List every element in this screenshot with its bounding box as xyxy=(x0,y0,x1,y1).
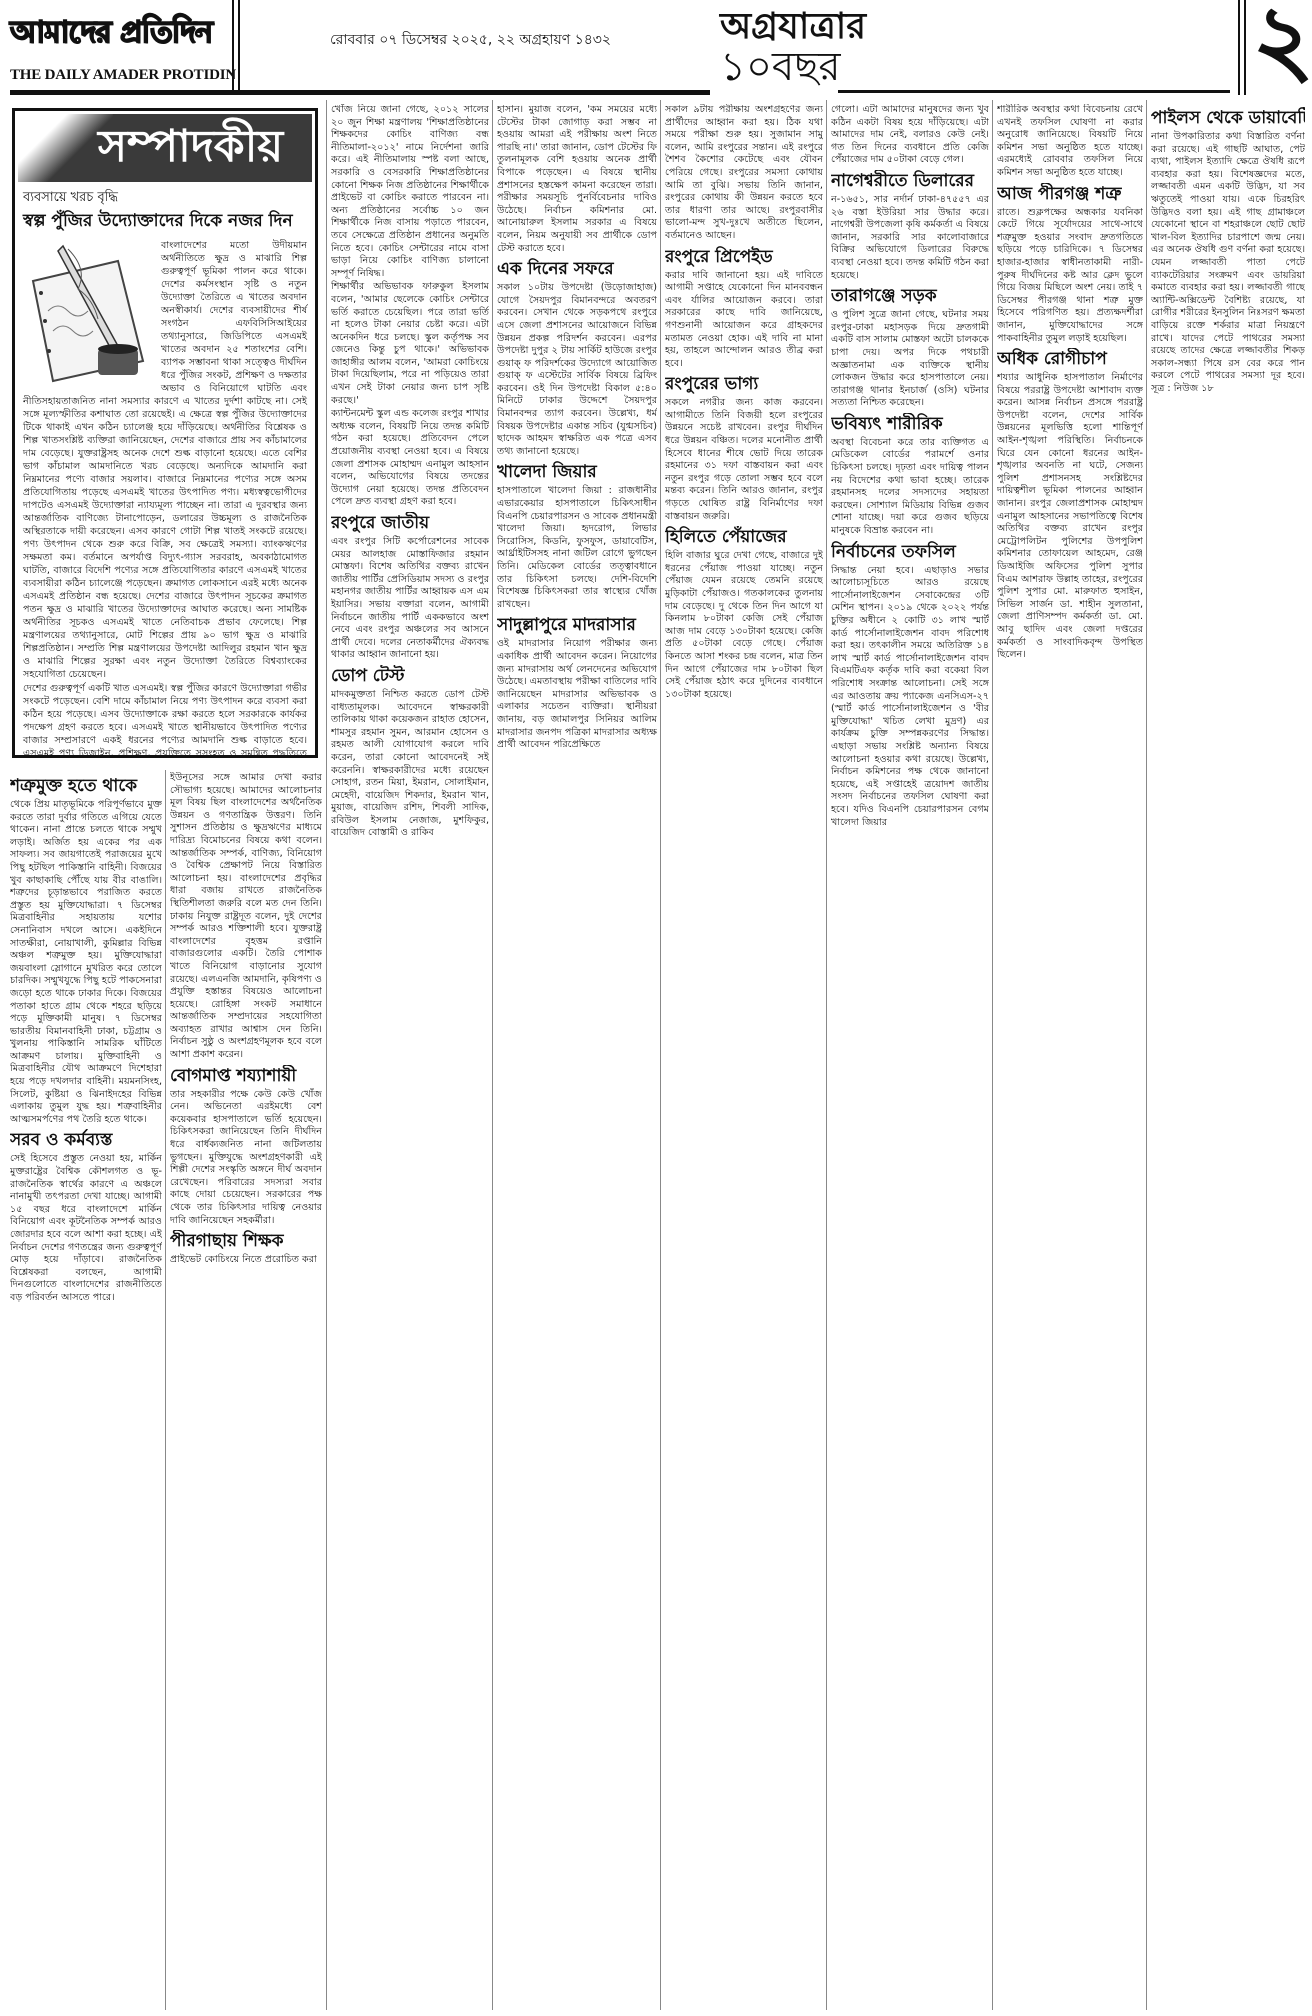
article-body: নানা উপকারিতার কথা বিস্তারিত বর্ণনা করা … xyxy=(1151,131,1305,395)
editorial-body: বাংলাদেশের মতো উদীয়মান অর্থনীতিতে ক্ষুদ… xyxy=(23,239,307,758)
article-body: মাদকমুক্ততা নিশ্চিত করতে ডোপ টেস্ট বাধ্য… xyxy=(331,689,489,840)
article-body: খোঁজ নিয়ে জানা গেছে, ২০১২ সালের ২০ জুন … xyxy=(331,104,489,280)
section-heading: আজ পীরগঞ্জ শত্রু xyxy=(997,183,1143,205)
anniversary-line-2: ১০বছর xyxy=(720,46,866,88)
section-heading: অধিক রোগীচাপ xyxy=(997,348,1143,370)
masthead: আমাদের প্রতিদিন THE DAILY AMADER PROTIDI… xyxy=(0,0,1312,98)
column-rule xyxy=(1146,100,1147,2010)
section-heading: তারাগঞ্জে সড়ক xyxy=(831,285,989,307)
masthead-rule xyxy=(10,90,710,95)
section-heading: সাদুল্লাপুরে মাদরাসার xyxy=(497,614,657,636)
article-column-1: শত্রুমুক্ত হতে থাকে থেকে প্রিয় মাতৃভূমি… xyxy=(10,772,162,2012)
section-heading: ডোপ টেস্ট xyxy=(331,665,489,687)
section-heading: নির্বাচনের তফসিল xyxy=(831,541,989,563)
article-column-4: হাসান। মুয়াজ বলেন, 'কম সময়ের মধ্যে টেস… xyxy=(497,104,657,2012)
section-heading: নাগেশ্বরীতে ডিলারের xyxy=(831,170,989,192)
quill-inkpot-icon xyxy=(23,241,153,391)
column-rule xyxy=(326,100,327,2010)
article-body: সকলে নগরীর জন্য কাজ করবেন। আগামীতে তিনি … xyxy=(665,397,823,523)
masthead-rule xyxy=(838,90,1230,93)
dateline: রোববার ০৭ ডিসেম্বর ২০২৫, ২২ অগ্রহায়ণ ১৪… xyxy=(330,28,611,52)
section-heading: বোগমাপ্ত শয্যাশায়ী xyxy=(170,1065,322,1087)
logo-bangla: আমাদের প্রতিদিন xyxy=(10,8,225,59)
article-body: ওই মাদরাসার নিয়োগ পরীক্ষার জন্য একাধিক … xyxy=(497,638,657,751)
section-heading: এক দিনের সফরে xyxy=(497,258,657,280)
article-body: শিক্ষার্থীর অভিভাবক ফারুকুল ইসলাম বলেন, … xyxy=(331,281,489,407)
section-heading: সরব ও কর্মব্যস্ত xyxy=(10,1129,162,1151)
article-body: সকাল ১০টায় উপদেষ্টা (উড়োজাহাজ) যোগে সৈ… xyxy=(497,282,657,458)
anniversary-line-1: অগ্রযাত্রার xyxy=(720,8,866,46)
article-body: সিদ্ধান্ত নেয়া হবে। এছাড়াও সভার আলোচ্য… xyxy=(831,565,989,829)
section-heading: ভবিষ্যৎ শারীরিক xyxy=(831,413,989,435)
section-heading: রংপুরে প্রিপেইড xyxy=(665,246,823,268)
article-column-8: পাইলস থেকে ডায়াবেটিস নানা উপকারিতার কথা… xyxy=(1151,104,1305,2012)
article-body: শয্যার আধুনিক হাসপাতাল নির্মাণের বিষয়ে … xyxy=(997,372,1143,662)
editorial-box: সম্পাদকীয় ব্যবসায়ে খরচ বৃদ্ধি স্বল্প প… xyxy=(12,108,318,758)
article-column-5: সকাল ৯টায় পরীক্ষায় অংশগ্রহণের জন্য প্র… xyxy=(665,104,823,2012)
article-body: ও পুলিশ সুত্রে জানা গেছে, ঘটনার সময় রংপ… xyxy=(831,309,989,410)
masthead-divider xyxy=(1244,0,1246,95)
article-body: সকাল ৯টায় পরীক্ষায় অংশগ্রহণের জন্য প্র… xyxy=(665,104,823,243)
masthead-divider xyxy=(1238,0,1240,95)
article-body: করার দাবি জানানো হয়। এই দাবিতে আগামী সপ… xyxy=(665,270,823,371)
editorial-banner: সম্পাদকীয় xyxy=(18,114,312,182)
editorial-title: সম্পাদকীয় xyxy=(98,116,283,178)
section-heading: রংপুরে জাতীয় xyxy=(331,512,489,534)
article-body: হিলি বাজার ঘুরে দেখা গেছে, বাজারে দুই ধর… xyxy=(665,550,823,701)
article-body: সেই হিসেবে প্রস্তুত নেওয়া হয়, মার্কিন … xyxy=(10,1153,162,1304)
article-body: থেকে প্রিয় মাতৃভূমিকে পরিপূর্ণভাবে মুক্… xyxy=(10,799,162,1126)
masthead-divider xyxy=(238,0,240,95)
column-rule xyxy=(492,100,493,2010)
section-heading: পাইলস থেকে ডায়াবেটিস xyxy=(1151,107,1305,129)
section-heading: রংপুরের ভাগ্য xyxy=(665,373,823,395)
article-column-3: খোঁজ নিয়ে জানা গেছে, ২০১২ সালের ২০ জুন … xyxy=(331,104,489,2012)
column-rule xyxy=(992,100,993,2010)
article-body: রাতে। শুক্লপক্ষের অন্ধকার যবনিকা কেটে গি… xyxy=(997,207,1143,346)
column-rule xyxy=(660,100,661,2010)
article-column-7: শারীরিক অবস্থার কথা বিবেচনায় রেখে এখনই … xyxy=(997,104,1143,2012)
article-body: গেলো। এটা আমাদের মানুষদের জন্য খুব কঠিন … xyxy=(831,104,989,167)
masthead-divider xyxy=(232,0,234,95)
article-body: ইউনূসের সঙ্গে আমার দেখা করার সৌভাগ্য হয়… xyxy=(170,772,322,1062)
section-heading: খালেদা জিয়ার xyxy=(497,461,657,483)
anniversary-banner: অগ্রযাত্রার ১০বছর xyxy=(720,8,866,88)
page-number: ২ xyxy=(1252,0,1312,88)
section-heading: পীরগাছায় শিক্ষক xyxy=(170,1230,322,1252)
logo-english: THE DAILY AMADER PROTIDIN xyxy=(10,67,225,84)
newspaper-logo: আমাদের প্রতিদিন THE DAILY AMADER PROTIDI… xyxy=(10,8,225,84)
article-body: হাসপাতালে খালেদা জিয়া : রাজধানীর এভারকে… xyxy=(497,485,657,611)
article-body: ক্যান্টনমেন্ট স্কুল এন্ড কলেজ রংপুর শাখা… xyxy=(331,408,489,509)
article-body: হাসান। মুয়াজ বলেন, 'কম সময়ের মধ্যে টেস… xyxy=(497,104,657,255)
section-heading: শত্রুমুক্ত হতে থাকে xyxy=(10,775,162,797)
article-column-6: গেলো। এটা আমাদের মানুষদের জন্য খুব কঠিন … xyxy=(831,104,989,2012)
column-rule xyxy=(826,100,827,2010)
article-column-2: ইউনূসের সঙ্গে আমার দেখা করার সৌভাগ্য হয়… xyxy=(170,772,322,2012)
article-body: এবং রংপুর সিটি কর্পোরেশনের সাবেক মেয়র আ… xyxy=(331,536,489,662)
section-heading: হিলিতে পেঁয়াজের xyxy=(665,526,823,548)
editorial-kicker: ব্যবসায়ে খরচ বৃদ্ধি xyxy=(23,188,307,209)
article-body: অবস্থা বিবেচনা করে তার ব্যক্তিগত এ মেডিক… xyxy=(831,437,989,538)
article-body: ন-১৬৫১, সার নর্দার্ন ঢাকা-৪৭৫৫৭ এর ২৬ বস… xyxy=(831,194,989,282)
article-body: তার সহকারীর পক্ষে কেউ কেউ খোঁজ নেন। অভিন… xyxy=(170,1089,322,1228)
editorial-paragraph: দেশের গুরুত্বপূর্ণ একটি খাত এসএমই। স্বল্… xyxy=(23,682,307,758)
article-body: প্রাইভেট কোচিংয়ে নিতে প্ররোচিত করা xyxy=(170,1254,322,1267)
article-body: শারীরিক অবস্থার কথা বিবেচনায় রেখে এখনই … xyxy=(997,104,1143,180)
column-rule xyxy=(165,770,166,2010)
editorial-headline: স্বল্প পুঁজির উদ্যোক্তাদের দিকে নজর দিন xyxy=(23,209,307,233)
